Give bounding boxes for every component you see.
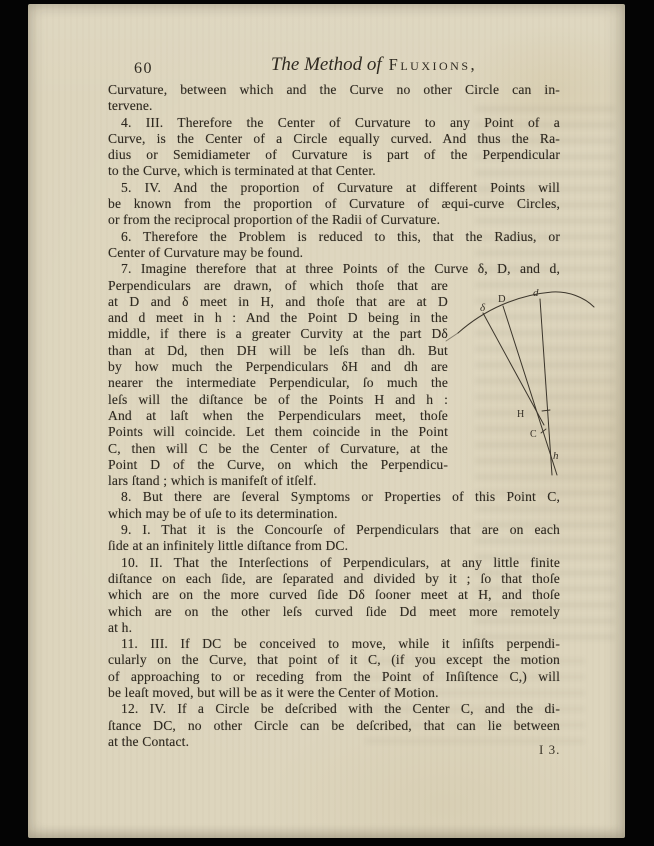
text-line: Center of Curvature may be found. <box>108 245 560 261</box>
curve-arc <box>458 292 594 333</box>
text-line: middle, if there is a greater Curvity at… <box>108 326 448 342</box>
page-header: 60 The Method ofFluxions, <box>108 54 560 82</box>
scan-background: 60 The Method ofFluxions, Curvature, bet… <box>0 0 654 846</box>
figure-label-D: D <box>498 294 506 305</box>
perpendicular-from-D <box>503 306 557 475</box>
figure-label-delta: δ <box>480 302 486 314</box>
text-line: Point D of the Curve, on which the Perpe… <box>108 457 448 473</box>
text-line: 5. IV. And the proportion of Curvature a… <box>108 180 560 196</box>
text-line: cularly on the Curve, that point of it C… <box>108 652 560 668</box>
text-line: which are on the other leſs curved ſide … <box>108 604 560 620</box>
figure-label-C: C <box>530 429 537 440</box>
text-line: by how much the Perpendiculars δH and dh… <box>108 359 448 375</box>
text-line: tervene. <box>108 98 560 114</box>
text-line: at D and δ meet in H, and thoſe that are… <box>108 294 448 310</box>
text-line: which may be of uſe to its determination… <box>108 506 560 522</box>
perpendicular-from-delta <box>483 313 544 425</box>
text-line: And at laſt when the Perpendiculars meet… <box>108 408 448 424</box>
text-line: nearer the intermediate Perpendicular, ſ… <box>108 375 448 391</box>
text-line: and d meet in h : And the Point D being … <box>108 310 448 326</box>
H-dash <box>542 410 550 411</box>
running-title-italic: The Method of <box>271 54 382 75</box>
curvature-figure-svg: δ D d H C h <box>440 285 610 499</box>
figure-label-h: h <box>553 450 559 462</box>
text-line: 10. II. That the Interſections of Perpen… <box>108 555 560 571</box>
text-line: 9. I. That it is the Concourſe of Perpen… <box>108 522 560 538</box>
figure-label-d: d <box>533 287 539 299</box>
perpendicular-from-d <box>540 299 552 475</box>
signature-mark: I 3. <box>539 742 560 758</box>
text-line: at the Contact. <box>108 734 560 750</box>
text-line: ſide at an infinitely little diſtance fr… <box>108 538 560 554</box>
text-line: leſs will the diſtance be of the Points … <box>108 392 448 408</box>
text-line: than at Dd, then DH will be leſs than dh… <box>108 343 448 359</box>
text-line: which are on the more curved ſide Dδ ſoo… <box>108 587 560 603</box>
text-line: at h. <box>108 620 560 636</box>
text-line: ſtance DC, no other Circle can be deſcri… <box>108 718 560 734</box>
curve-left-tail <box>446 333 458 341</box>
text-line: 6. Therefore the Problem is reduced to t… <box>108 229 560 245</box>
text-line: Points will coincide. Let them coincide … <box>108 424 448 440</box>
text-line: Curve, is the Center of a Circle equally… <box>108 131 560 147</box>
text-line: be known from the proportion of Curvatur… <box>108 196 560 212</box>
text-line: lars ſtand ; which is manifeſt of itſelf… <box>108 473 448 489</box>
text-line: diſtance on each ſide, are ſeparated and… <box>108 571 560 587</box>
page-number: 60 <box>134 60 153 78</box>
running-title-smallcaps: Fluxions, <box>389 55 477 74</box>
curvature-figure: δ D d H C h <box>440 285 610 499</box>
text-line: 4. III. Therefore the Center of Curvatur… <box>108 115 560 131</box>
text-line: C, then will C be the Center of Curvatur… <box>108 441 448 457</box>
text-line: to the Curve, which is terminated at tha… <box>108 163 560 179</box>
figure-strokes <box>446 292 594 475</box>
text-line: 12. IV. If a Circle be deſcribed with th… <box>108 701 560 717</box>
text-line: Perpendiculars are drawn, of which thoſe… <box>108 278 448 294</box>
text-line: 11. III. If DC be conceived to move, whi… <box>108 636 560 652</box>
text-line: of approaching to or receding from the P… <box>108 669 560 685</box>
text-line: Curvature, between which and the Curve n… <box>108 82 560 98</box>
text-line: dius or Semidiameter of Curvature is par… <box>108 147 560 163</box>
running-title: The Method ofFluxions, <box>271 54 477 76</box>
book-page: 60 The Method ofFluxions, Curvature, bet… <box>28 4 625 838</box>
figure-label-H: H <box>517 409 524 420</box>
text-line: or from the reciprocal proportion of the… <box>108 212 560 228</box>
text-line: 7. Imagine therefore that at three Point… <box>108 261 560 277</box>
text-line: be leaſt moved, but will be as it were t… <box>108 685 560 701</box>
